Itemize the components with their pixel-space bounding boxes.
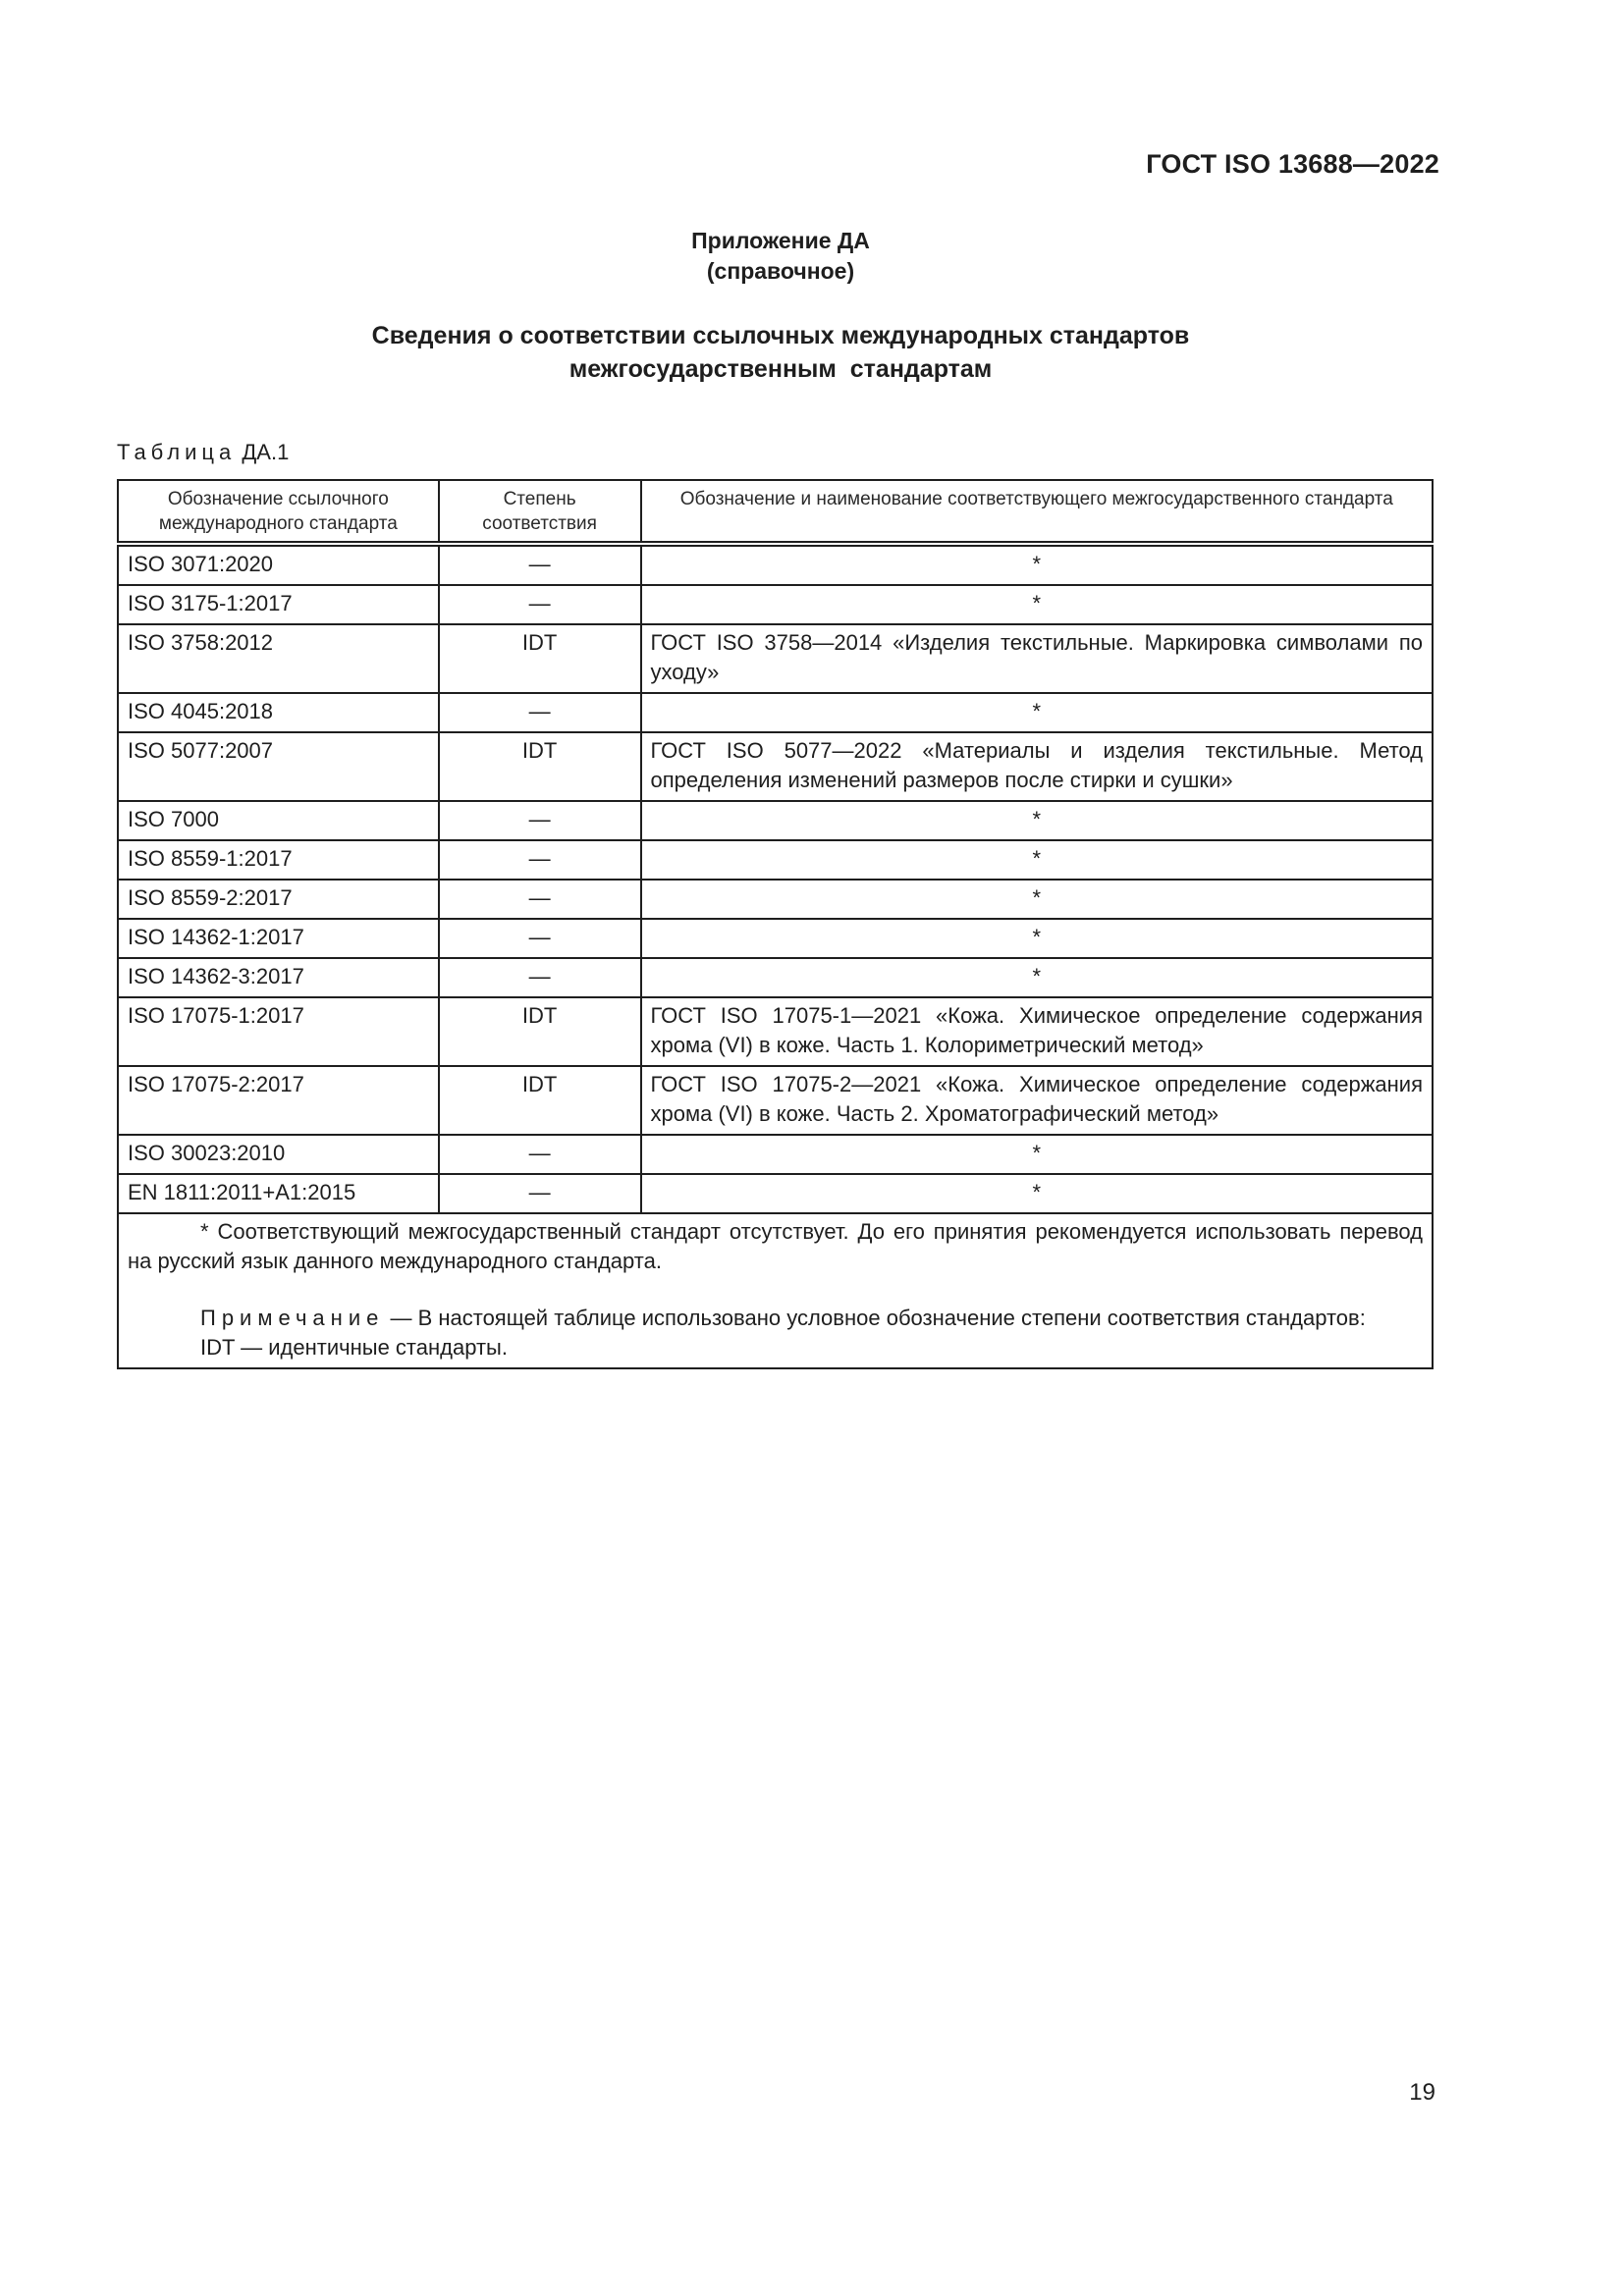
column-header-degree: Степень соответствия [439,480,641,544]
cell-interstate: ГОСТ ISO 5077—2022 «Материалы и изделия … [641,732,1434,801]
cell-degree: — [439,693,641,732]
cell-standard: EN 1811:2011+A1:2015 [118,1174,439,1213]
cell-degree: — [439,544,641,585]
cell-degree: — [439,840,641,880]
cell-interstate: * [641,801,1434,840]
note-item: IDT — идентичные стандарты. [128,1333,1423,1362]
table-caption-number: ДА.1 [242,440,289,464]
table-row: ISO 8559-1:2017—* [118,840,1433,880]
title-line-1: Сведения о соответствии ссылочных междун… [0,319,1561,352]
cell-interstate: * [641,1174,1434,1213]
appendix-type: (справочное) [0,256,1561,287]
cell-degree: — [439,585,641,624]
table-row: ISO 14362-3:2017—* [118,958,1433,997]
cell-degree: — [439,801,641,840]
cell-interstate: * [641,840,1434,880]
note-label: Примечание [200,1306,384,1330]
cell-standard: ISO 8559-2:2017 [118,880,439,919]
cell-degree: — [439,919,641,958]
cell-degree: IDT [439,997,641,1066]
cell-standard: ISO 3175-1:2017 [118,585,439,624]
cell-interstate: * [641,693,1434,732]
table-row: ISO 3175-1:2017—* [118,585,1433,624]
cell-degree: IDT [439,732,641,801]
cell-interstate: * [641,919,1434,958]
appendix-label: Приложение ДА [0,226,1561,256]
table-caption-word: Таблица [117,440,236,464]
cell-standard: ISO 30023:2010 [118,1135,439,1174]
cell-standard: ISO 5077:2007 [118,732,439,801]
cell-standard: ISO 7000 [118,801,439,840]
cell-degree: IDT [439,624,641,693]
column-header-standard: Обозначение ссылочного международного ст… [118,480,439,544]
appendix-heading: Приложение ДА (справочное) [0,226,1561,287]
table-row: ISO 3071:2020—* [118,544,1433,585]
cell-degree: — [439,1135,641,1174]
table-row: ISO 17075-1:2017IDTГОСТ ISO 17075-1—2021… [118,997,1433,1066]
cell-standard: ISO 14362-3:2017 [118,958,439,997]
page-number: 19 [1409,2079,1435,2107]
cell-standard: ISO 14362-1:2017 [118,919,439,958]
cell-standard: ISO 3071:2020 [118,544,439,585]
table-caption: Таблица ДА.1 [117,440,289,465]
table-header-row: Обозначение ссылочного международного ст… [118,480,1433,544]
cell-standard: ISO 17075-2:2017 [118,1066,439,1135]
page-title: Сведения о соответствии ссылочных междун… [0,319,1561,386]
cell-degree: — [439,880,641,919]
cell-interstate: * [641,585,1434,624]
cell-standard: ISO 17075-1:2017 [118,997,439,1066]
table-row: ISO 14362-1:2017—* [118,919,1433,958]
table-row: ISO 30023:2010—* [118,1135,1433,1174]
table-notes: * Соответствующий межгосударственный ста… [118,1213,1433,1368]
table-row: ISO 3758:2012IDTГОСТ ISO 3758—2014 «Изде… [118,624,1433,693]
cell-standard: ISO 8559-1:2017 [118,840,439,880]
note-text: — В настоящей таблице использовано услов… [384,1306,1366,1330]
column-header-interstate: Обозначение и наименование соответствующ… [641,480,1434,544]
table-notes-row: * Соответствующий межгосударственный ста… [118,1213,1433,1368]
cell-interstate: ГОСТ ISO 17075-2—2021 «Кожа. Химическое … [641,1066,1434,1135]
cell-interstate: * [641,880,1434,919]
table-row: ISO 8559-2:2017—* [118,880,1433,919]
cell-degree: — [439,1174,641,1213]
title-line-2: межгосударственным стандартам [0,352,1561,386]
cell-degree: IDT [439,1066,641,1135]
cell-interstate: ГОСТ ISO 17075-1—2021 «Кожа. Химическое … [641,997,1434,1066]
table-row: ISO 17075-2:2017IDTГОСТ ISO 17075-2—2021… [118,1066,1433,1135]
cell-interstate: * [641,1135,1434,1174]
table-row: ISO 7000—* [118,801,1433,840]
cell-interstate: ГОСТ ISO 3758—2014 «Изделия текстильные.… [641,624,1434,693]
footnote-text: * Соответствующий межгосударственный ста… [128,1217,1423,1276]
document-code: ГОСТ ISO 13688—2022 [1146,149,1439,180]
cell-interstate: * [641,958,1434,997]
cell-degree: — [439,958,641,997]
table-row: ISO 5077:2007IDTГОСТ ISO 5077—2022 «Мате… [118,732,1433,801]
cell-interstate: * [641,544,1434,585]
table-row: EN 1811:2011+A1:2015—* [118,1174,1433,1213]
table-row: ISO 4045:2018—* [118,693,1433,732]
cell-standard: ISO 3758:2012 [118,624,439,693]
cell-standard: ISO 4045:2018 [118,693,439,732]
note-paragraph: Примечание — В настоящей таблице использ… [128,1304,1423,1333]
reference-standards-table: Обозначение ссылочного международного ст… [117,479,1434,1369]
